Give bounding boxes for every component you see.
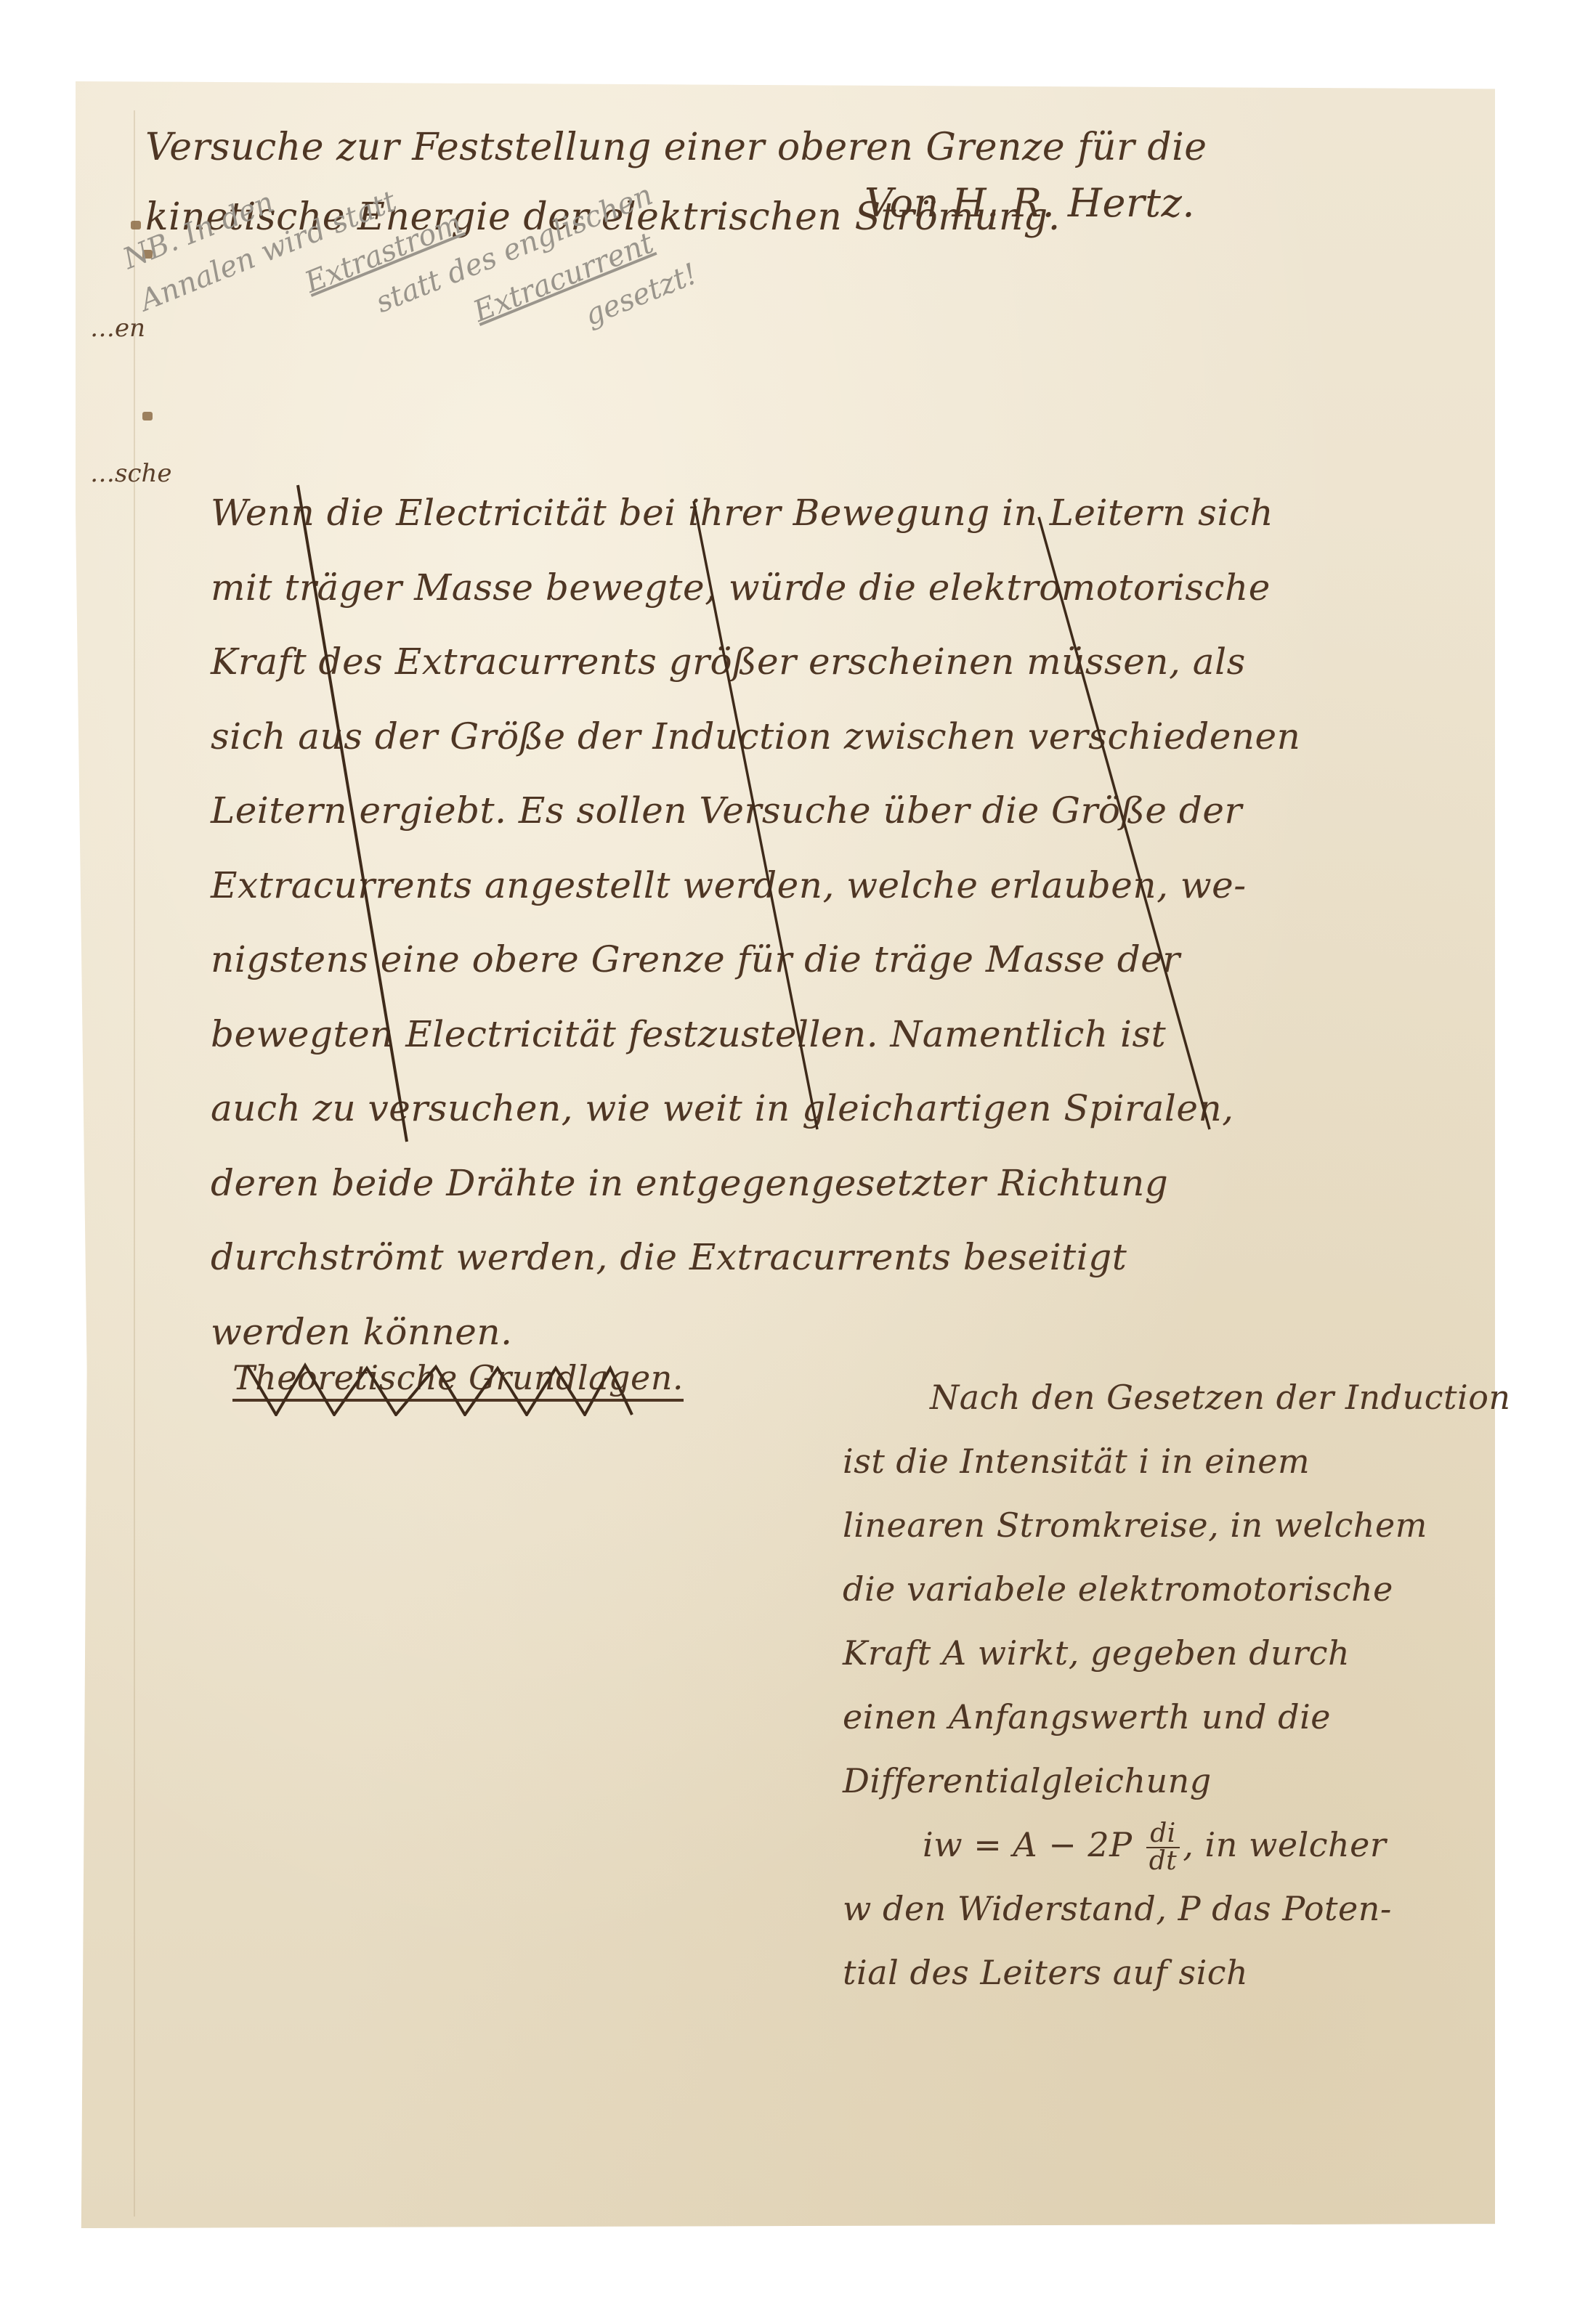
paper-fold-crease <box>134 110 135 2217</box>
fraction-denominator: dt <box>1146 1848 1180 1874</box>
binding-hole <box>131 221 141 229</box>
paragraph-line: nigstens eine obere Grenze für die träge… <box>211 922 1417 997</box>
paragraph-line: auch zu versuchen, wie weit in gleichart… <box>211 1071 1417 1146</box>
paragraph-line: Kraft des Extracurrents größer erscheine… <box>211 625 1417 699</box>
formula-lhs: iw = <box>923 1825 1002 1864</box>
text-line: w den Widerstand, P das Poten- <box>843 1877 1438 1941</box>
torn-margin-fragment: …en <box>90 314 145 343</box>
paragraph-line: mit träger Masse bewegte, würde die elek… <box>211 550 1417 625</box>
text-line: linearen Stromkreise, in welchem <box>843 1493 1438 1557</box>
text-line: tial des Leiters auf sich <box>843 1941 1438 2004</box>
differential-equation: iw = A − 2P di dt , in welcher <box>843 1813 1438 1877</box>
paragraph-line: Wenn die Electricität bei ihrer Bewegung… <box>211 476 1417 550</box>
paragraph-line: durchströmt werden, die Extracurrents be… <box>211 1220 1417 1295</box>
text-line: ist die Intensität i in einem <box>843 1429 1438 1493</box>
torn-margin-fragment: …sche <box>90 459 172 488</box>
paragraph-line: deren beide Drähte in entgegengesetzter … <box>211 1146 1417 1221</box>
paragraph-line: sich aus der Größe der Induction zwische… <box>211 699 1417 774</box>
paragraph-line: Leitern ergiebt. Es sollen Versuche über… <box>211 773 1417 848</box>
author-signature: Von H. R. Hertz. <box>864 180 1195 226</box>
text-line: Nach den Gesetzen der Induction <box>843 1365 1438 1429</box>
formula-rhs: A − 2P <box>1013 1825 1132 1864</box>
cancelled-paragraph: Wenn die Electricität bei ihrer Bewegung… <box>211 476 1417 1369</box>
right-column-text: Nach den Gesetzen der Induction ist die … <box>843 1365 1438 2004</box>
text-line: einen Anfangswerth und die <box>843 1685 1438 1749</box>
paragraph-line: Extracurrents angestellt werden, welche … <box>211 848 1417 923</box>
paragraph-line: bewegten Electricität festzustellen. Nam… <box>211 997 1417 1072</box>
text-line: Differentialgleichung <box>843 1749 1438 1813</box>
section-heading-struck: Theoretische Grundlagen. <box>232 1358 684 1402</box>
fraction-numerator: di <box>1146 1821 1180 1848</box>
binding-hole <box>142 412 153 420</box>
text-line: die variabele elektromotorische <box>843 1557 1438 1621</box>
derivative-fraction: di dt <box>1146 1821 1180 1874</box>
text-line: Kraft A wirkt, gegeben durch <box>843 1621 1438 1685</box>
formula-trailing-text: , in welcher <box>1183 1825 1386 1864</box>
